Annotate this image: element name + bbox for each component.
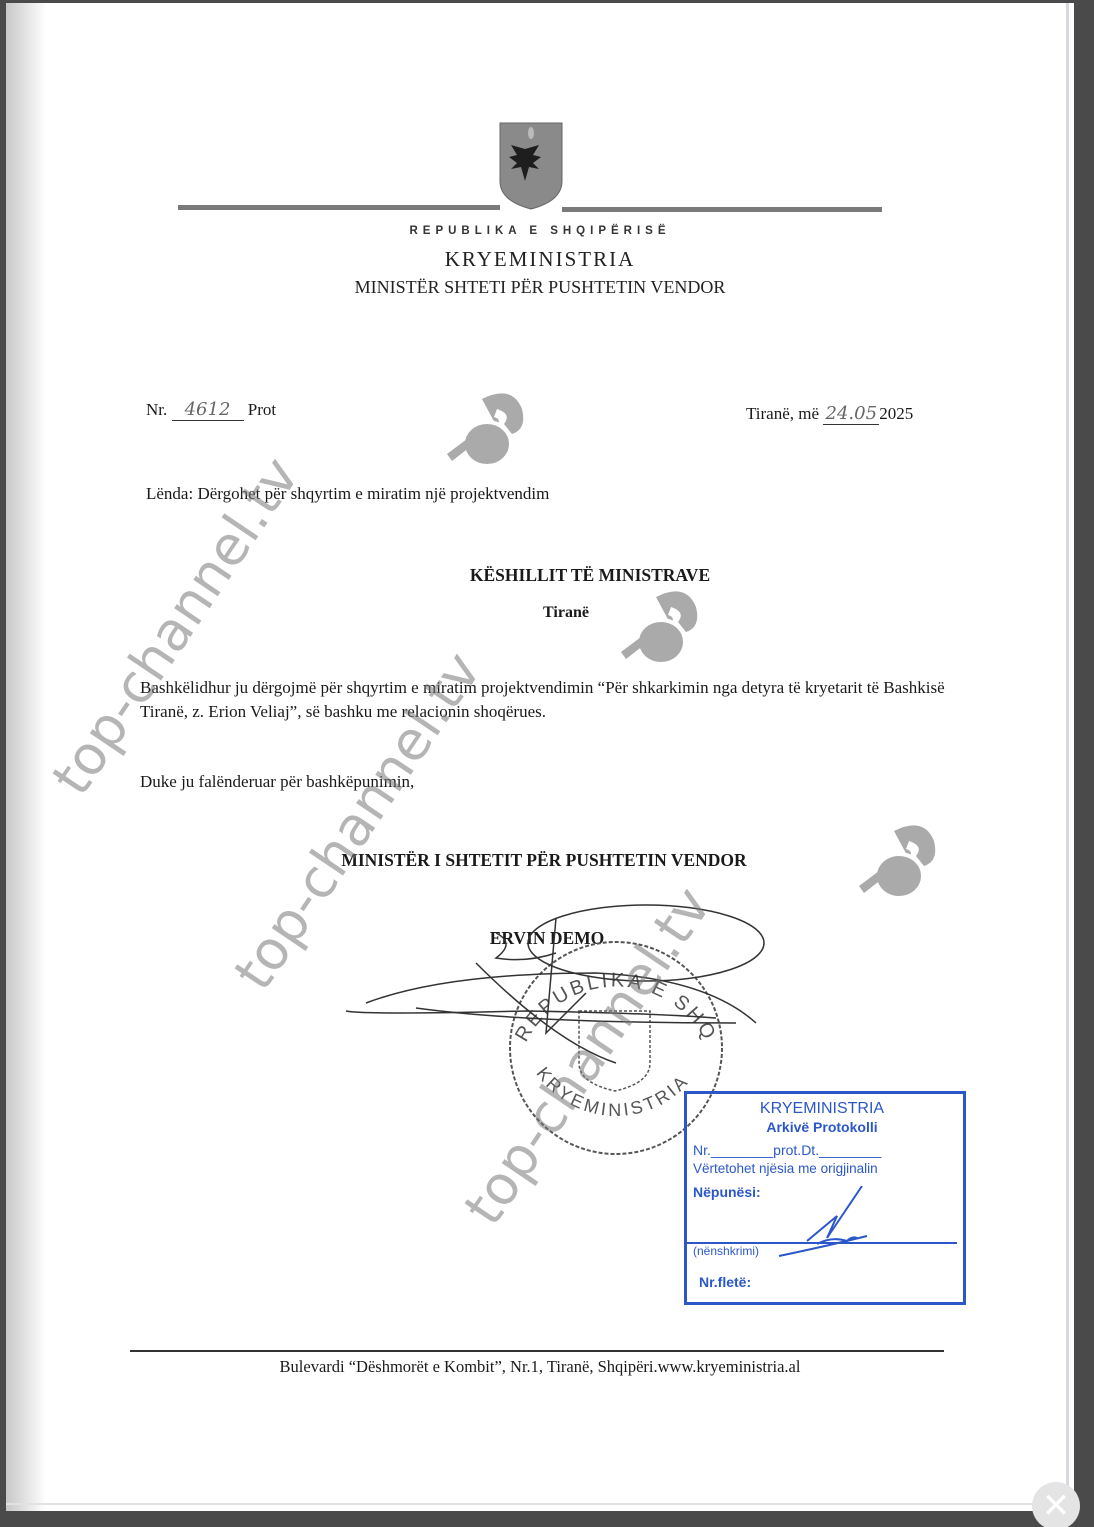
subject-line: Lënda: Dërgohet për shqyrtim e miratim n… bbox=[146, 484, 549, 504]
header-rule-left bbox=[178, 205, 500, 210]
republic-heading: REPUBLIKA E SHQIPËRISË bbox=[6, 225, 1074, 237]
footer-address: Bulevardi “Dëshmorët e Kombit”, Nr.1, Ti… bbox=[6, 1357, 1074, 1377]
watermark-logo-icon bbox=[442, 389, 532, 479]
close-viewer-button[interactable]: ✕ bbox=[1032, 1482, 1080, 1527]
body-paragraph: Bashkëlidhur ju dërgojmë për shqyrtim e … bbox=[140, 676, 970, 724]
clerk-signature bbox=[777, 1186, 887, 1266]
document-page: REPUBLIKA E SHQIPËRISË KRYEMINISTRIA MIN… bbox=[6, 3, 1074, 1511]
footer-rule bbox=[130, 1350, 944, 1352]
protocol-number-value: 4612 bbox=[172, 399, 244, 421]
watermark-logo-icon bbox=[854, 821, 944, 911]
office-heading: KRYEMINISTRIA bbox=[6, 247, 1074, 272]
place-date: Tiranë, më 24.052025 bbox=[746, 403, 913, 425]
watermark-logo-icon bbox=[616, 587, 706, 677]
scan-edge-bottom bbox=[6, 1503, 1074, 1505]
header-rule-right bbox=[562, 207, 882, 212]
ministry-heading: MINISTËR SHTETI PËR PUSHTETIN VENDOR bbox=[6, 277, 1074, 298]
protocol-number: Nr. 4612 Prot bbox=[146, 399, 276, 421]
date-handwritten: 24.05 bbox=[823, 403, 879, 425]
coat-of-arms-icon bbox=[498, 121, 564, 211]
archive-protocol-stamp: KRYEMINISTRIA Arkivë Protokolli Nr._____… bbox=[684, 1091, 966, 1305]
